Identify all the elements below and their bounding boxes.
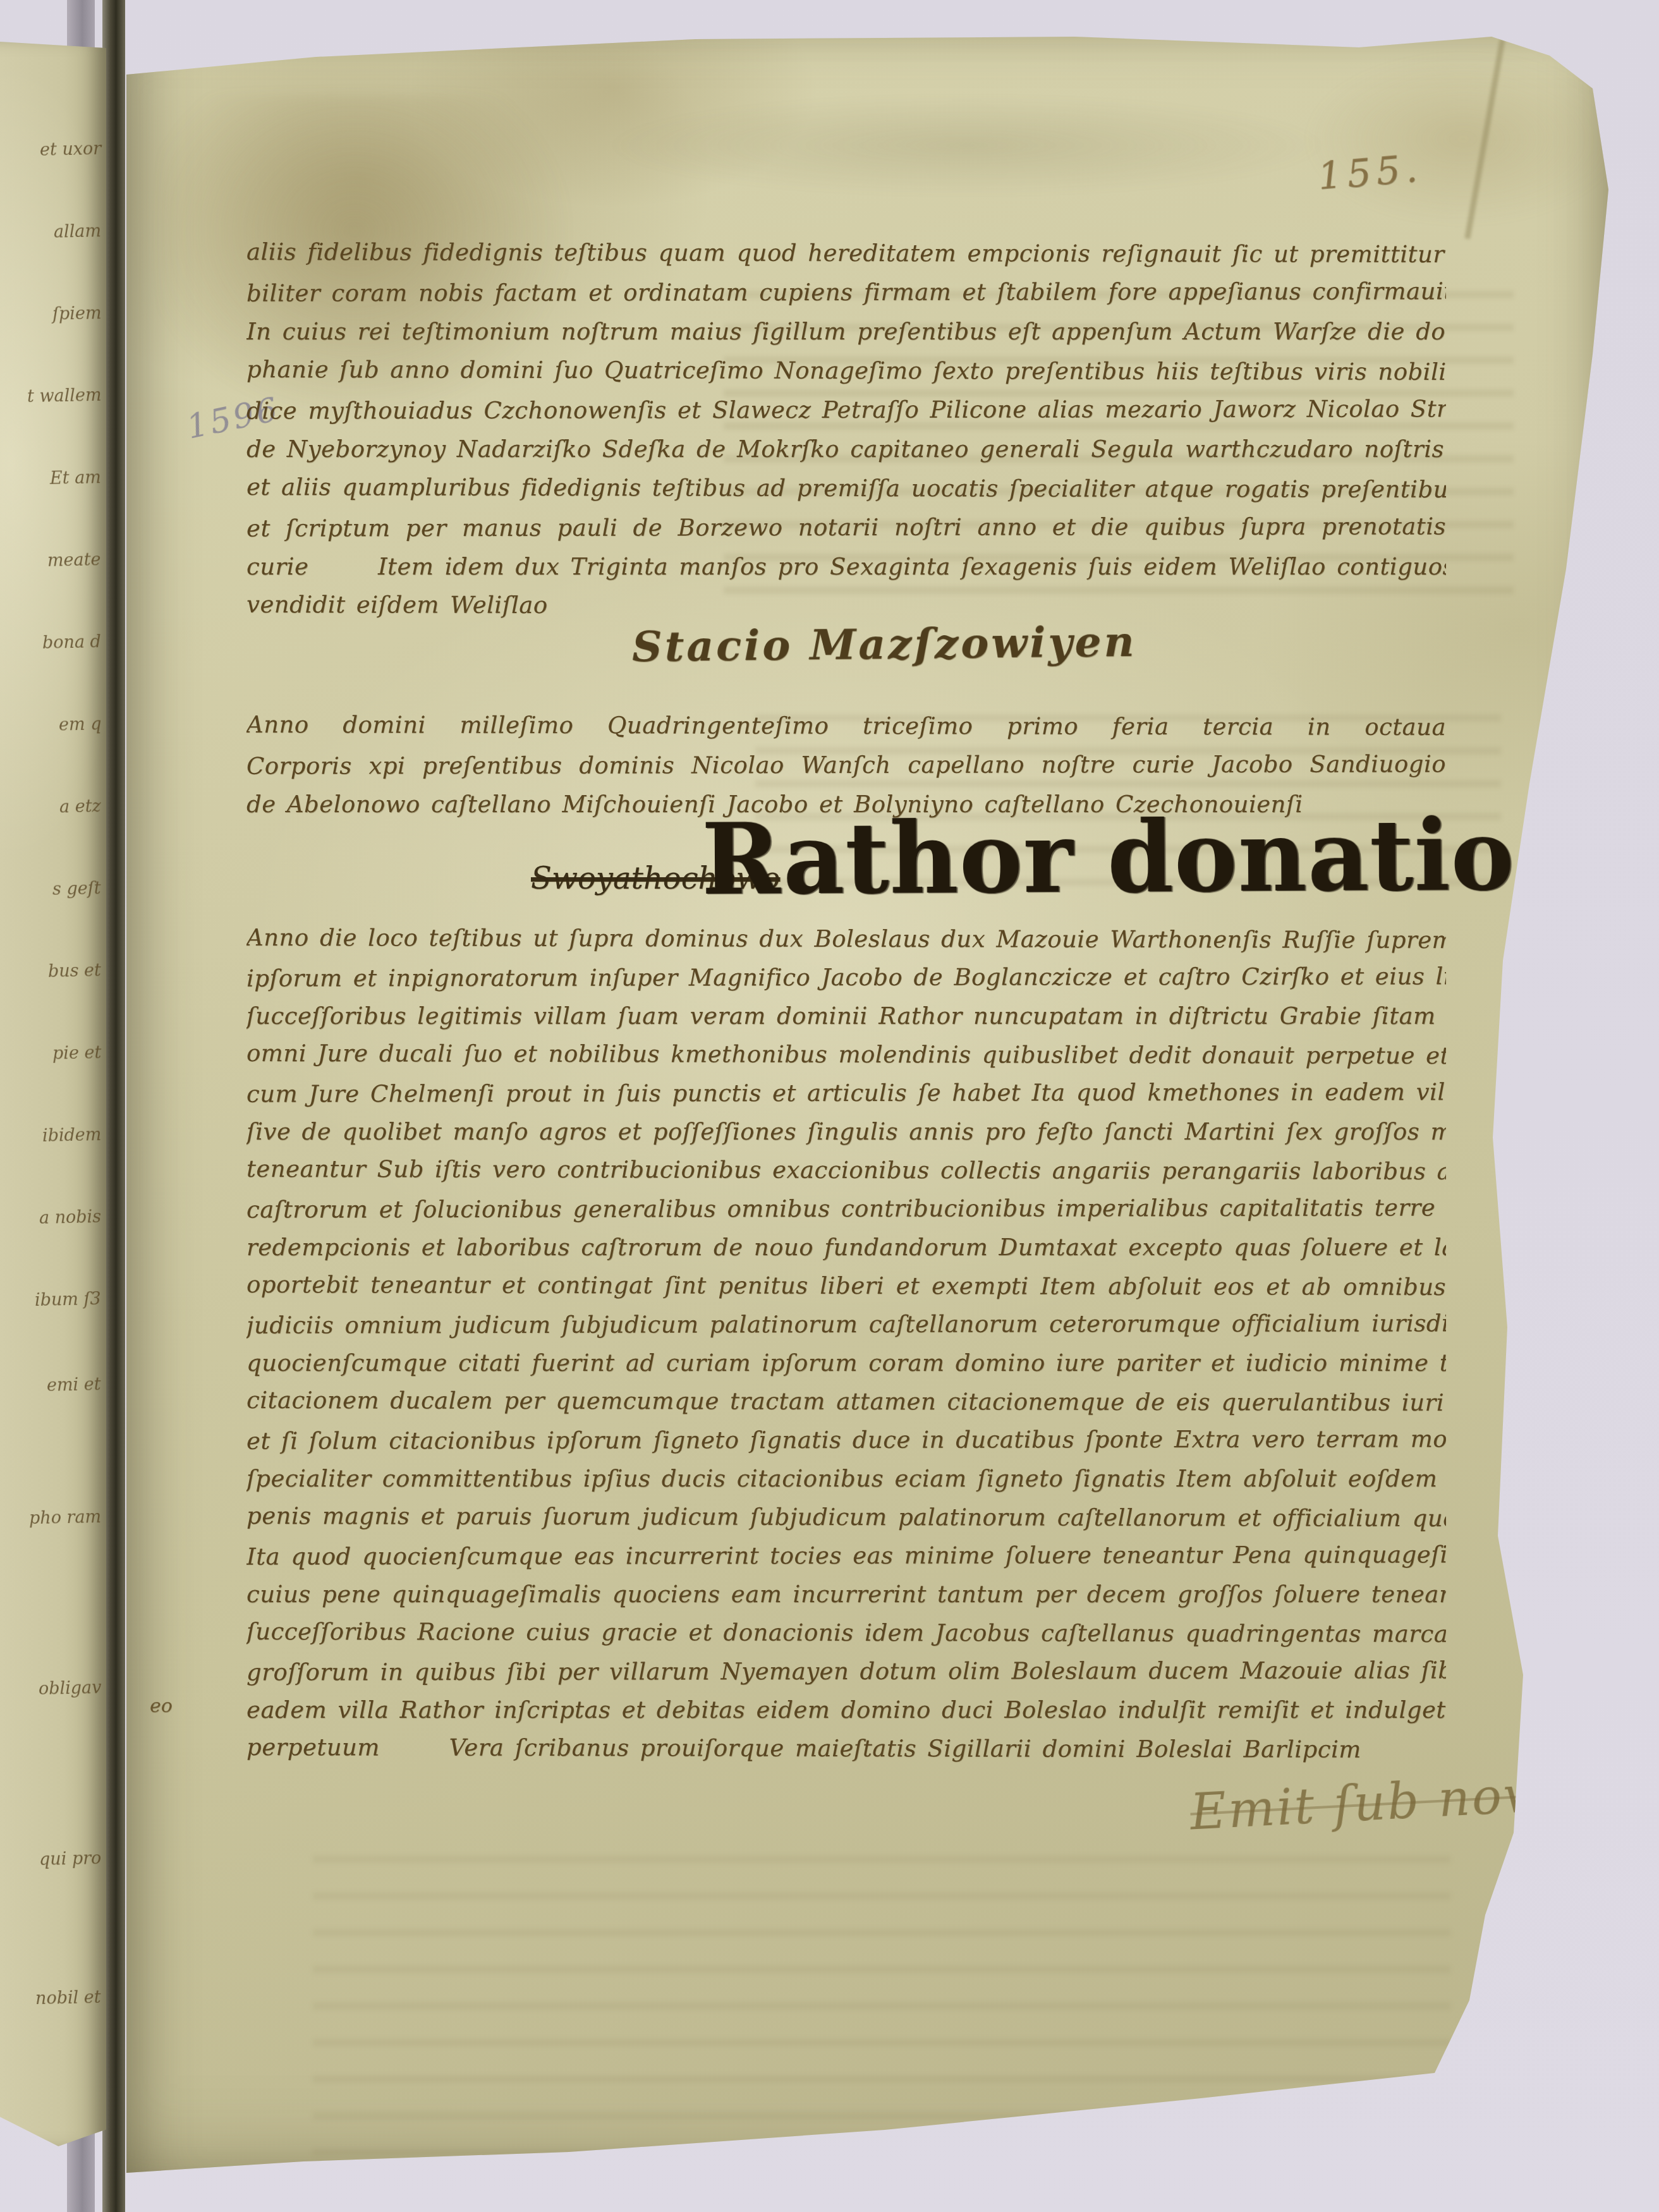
edge-fragment: a nobis bbox=[39, 1207, 102, 1228]
manuscript-line: aliis fidelibus fidedignis teſtibus quam… bbox=[246, 233, 1446, 274]
edge-fragment: bus et bbox=[48, 961, 102, 981]
manuscript-line: dice myſthouiadus Czchonowenſis et Slawe… bbox=[246, 389, 1446, 430]
edge-fragment: emi et bbox=[47, 1375, 101, 1395]
edge-fragment: ſpiem bbox=[52, 303, 101, 324]
edge-fragment: pho ram bbox=[29, 1507, 102, 1528]
edge-fragment: Et am bbox=[50, 468, 101, 489]
edge-fragment: t wallem bbox=[27, 386, 101, 406]
previous-leaf-edge: et uxor allam ſpiem t wallem Et am meate… bbox=[0, 42, 106, 2146]
manuscript-line: de Nyeborzynoy Nadarziſko Sdeſka de Mokr… bbox=[246, 430, 1446, 469]
edge-fragment: pie et bbox=[52, 1043, 101, 1064]
edge-fragment: bona d bbox=[42, 632, 102, 653]
edge-fragment: meate bbox=[47, 550, 101, 571]
manuscript-line: Ita quod quocienſcumque eas incurrerint … bbox=[246, 1535, 1446, 1576]
manuscript-line: phanie ſub anno domini ſuo Quatriceſimo … bbox=[246, 350, 1446, 392]
folio-number: 155. bbox=[1316, 146, 1424, 199]
manuscript-line: In cuius rei teſtimonium noſtrum maius ſ… bbox=[246, 312, 1446, 351]
manuscript-line: groſſorum in quibus ſibi per villarum Ny… bbox=[246, 1651, 1446, 1691]
manuscript-line: perpetuum Vera ſcribanus prouiſorque mai… bbox=[246, 1728, 1446, 1769]
manuscript-line: penis magnis et paruis ſuorum judicum ſu… bbox=[246, 1497, 1446, 1538]
manuscript-line: et aliis quampluribus fidedignis teſtibu… bbox=[246, 468, 1446, 509]
edge-fragment: a etz bbox=[59, 796, 101, 817]
manuscript-line: ſive de quolibet manſo agros et poſſeſſi… bbox=[246, 1112, 1446, 1151]
show-through-ghost bbox=[604, 95, 1330, 196]
bottom-note-emit-sub-novo: Emit ſub novo bbox=[1189, 1765, 1566, 1842]
parchment-stain bbox=[1299, 51, 1627, 228]
manuscript-line: eadem villa Rathor inſcriptas et debitas… bbox=[246, 1691, 1446, 1729]
edge-fragment: qui pro bbox=[39, 1849, 101, 1869]
margin-mark: eo bbox=[150, 1695, 173, 1717]
manuscript-line: redempcionis et laboribus caſtrorum de n… bbox=[246, 1228, 1446, 1267]
manuscript-line: et ſcriptum per manus pauli de Borzewo n… bbox=[246, 507, 1446, 548]
section-heading-stacio-mazszowiyen: Stacio Mazſzowiyen bbox=[632, 617, 1137, 671]
manuscript-line: citacionem ducalem per quemcumque tracta… bbox=[246, 1381, 1446, 1422]
edge-fragment: s geſt bbox=[52, 878, 101, 899]
manuscript-line: judiciis omnium judicum ſubjudicum palat… bbox=[246, 1304, 1446, 1344]
manuscript-line: ſpecialiter committentibus ipſius ducis … bbox=[246, 1459, 1446, 1498]
edge-fragment: et uxor bbox=[39, 139, 101, 160]
edge-fragment: obligav bbox=[38, 1678, 101, 1699]
manuscript-line: Corporis xpi preſentibus dominis Nicolao… bbox=[246, 744, 1446, 786]
paragraph-entry-3: Anno die loco teſtibus ut ſupra dominus … bbox=[246, 920, 1446, 1768]
manuscript-line: et ſi ſolum citacionibus ipſorum ſigneto… bbox=[246, 1419, 1446, 1460]
manuscript-line: ſucceſſoribus legitimis villam ſuam vera… bbox=[246, 997, 1446, 1035]
manuscript-line: Anno die loco teſtibus ut ſupra dominus … bbox=[246, 918, 1446, 959]
edge-fragment: em q bbox=[58, 714, 101, 734]
manuscript-line: ipſorum et inpignoratorum inſuper Magnif… bbox=[246, 957, 1446, 997]
manuscript-page: 155. 1596 aliis fidelibus fidedignis teſ… bbox=[123, 25, 1608, 2187]
paragraph-entry-1: aliis fidelibus fidedignis teſtibus quam… bbox=[246, 234, 1446, 626]
manuscript-line: caſtrorum et ſolucionibus generalibus om… bbox=[246, 1188, 1446, 1229]
main-heading-rathor-donatio: Rathor donatio bbox=[702, 797, 1515, 917]
manuscript-line: Anno domini milleſimo Quadringenteſimo t… bbox=[246, 705, 1446, 747]
manuscript-line: cum Jure Chelmenſi prout in ſuis punctis… bbox=[246, 1073, 1446, 1113]
manuscript-line: biliter coram nobis factam et ordinatam … bbox=[246, 272, 1446, 313]
manuscript-line: omni Jure ducali ſuo et nobilibus kmetho… bbox=[246, 1034, 1446, 1075]
edge-fragment: nobil et bbox=[35, 1988, 101, 2008]
manuscript-line: quocienſcumque citati fuerint ad curiam … bbox=[246, 1344, 1446, 1382]
edge-fragment: allam bbox=[54, 221, 102, 242]
manuscript-line: curie Item idem dux Triginta manſos pro … bbox=[246, 547, 1446, 586]
edge-fragment: ibum ſ3 bbox=[35, 1289, 101, 1310]
manuscript-line: oportebit teneantur et contingat ſint pe… bbox=[246, 1265, 1446, 1306]
edge-fragment: ibidem bbox=[42, 1125, 101, 1146]
manuscript-line: teneantur Sub iſtis vero contribucionibu… bbox=[246, 1150, 1446, 1191]
manuscript-line: cuius pene quinquageſimalis quociens eam… bbox=[246, 1575, 1446, 1613]
show-through-ghost bbox=[313, 1826, 1450, 2155]
scanned-manuscript: { "document": { "type": "medieval-manusc… bbox=[0, 0, 1659, 2212]
manuscript-line: ſucceſſoribus Racione cuius gracie et do… bbox=[246, 1612, 1446, 1653]
